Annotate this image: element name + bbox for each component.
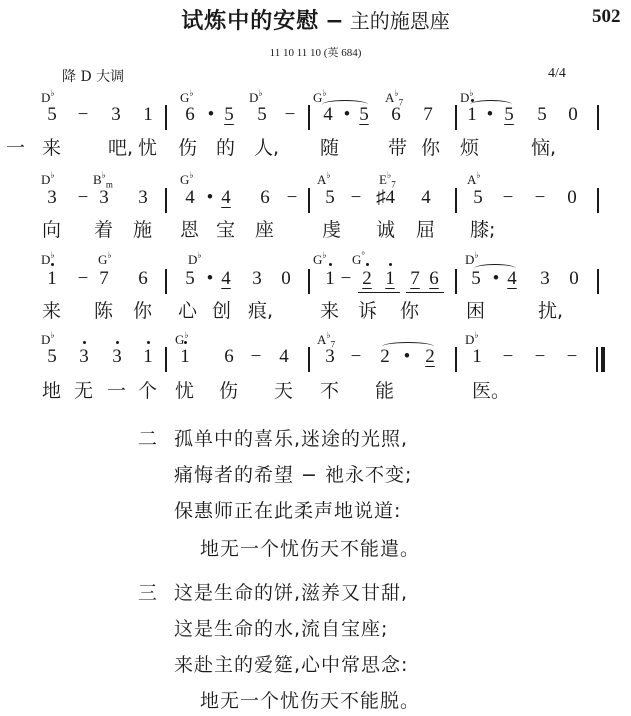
note: 1 bbox=[140, 346, 156, 368]
note: − bbox=[500, 187, 516, 209]
lyric-syllable: 施 bbox=[133, 215, 152, 242]
barline bbox=[308, 269, 310, 294]
lyric-syllable: 地 bbox=[42, 376, 61, 403]
barline bbox=[455, 188, 457, 213]
chord-symbol: D♭ bbox=[188, 250, 202, 268]
note: 5 bbox=[182, 268, 198, 290]
note: 6 bbox=[221, 346, 237, 368]
note: • bbox=[202, 268, 218, 290]
note: − bbox=[338, 268, 354, 290]
note: 1 bbox=[469, 346, 485, 368]
verse-number: 三 bbox=[138, 578, 157, 605]
octave-dot bbox=[329, 263, 332, 266]
note: 4 bbox=[218, 187, 234, 209]
lyric-syllable: 着 bbox=[94, 215, 113, 242]
note: 3 bbox=[249, 268, 265, 290]
lyric-syllable: 你 bbox=[400, 296, 419, 323]
note: − bbox=[532, 187, 548, 209]
lyric-syllable: 你 bbox=[133, 296, 152, 323]
octave-dot bbox=[83, 341, 86, 344]
note: 3 bbox=[108, 104, 124, 126]
lyric-syllable: 天 bbox=[274, 376, 293, 403]
note: • bbox=[202, 187, 218, 209]
lyric-syllable: 能 bbox=[375, 376, 394, 403]
barline bbox=[597, 188, 599, 213]
barline bbox=[165, 269, 167, 294]
lyric-syllable: 来 bbox=[42, 296, 61, 323]
lyric-syllable: 吧, bbox=[108, 133, 133, 160]
note: 7 bbox=[420, 104, 436, 126]
lyric-syllable: 个 bbox=[138, 376, 157, 403]
note: 4 bbox=[182, 187, 198, 209]
note: 3 bbox=[76, 346, 92, 368]
barline bbox=[165, 188, 167, 213]
tie-slur bbox=[470, 100, 512, 109]
note: − bbox=[500, 346, 516, 368]
lyric-syllable: 座 bbox=[255, 215, 274, 242]
lyric-syllable: 医。 bbox=[472, 376, 510, 403]
note: 6 bbox=[426, 268, 442, 290]
note: 5 bbox=[254, 104, 270, 126]
note: − bbox=[348, 187, 364, 209]
key-signature: 降 D 大调 bbox=[62, 66, 124, 86]
note: 3 bbox=[44, 187, 60, 209]
lyric-syllable: 诉 bbox=[358, 296, 377, 323]
title-main: 试炼中的安慰 bbox=[181, 9, 319, 34]
note: 0 bbox=[565, 104, 581, 126]
final-barline-thick bbox=[601, 347, 605, 372]
lyric-syllable: 心 bbox=[178, 296, 197, 323]
note: − bbox=[248, 346, 264, 368]
octave-dot bbox=[366, 263, 369, 266]
barline bbox=[165, 347, 167, 372]
time-signature: 4/4 bbox=[548, 66, 566, 82]
lyric-syllable: 一 bbox=[107, 376, 126, 403]
note: 1 bbox=[140, 104, 156, 126]
lyric-syllable: 忧 bbox=[138, 133, 157, 160]
lyric-syllable: 人, bbox=[254, 133, 279, 160]
note: 3 bbox=[322, 346, 338, 368]
note: − bbox=[348, 346, 364, 368]
verse-line: 来赴主的爱筵,心中常思念: bbox=[174, 650, 408, 677]
tie-slur bbox=[322, 100, 368, 109]
lyric-syllable: 向 bbox=[42, 215, 61, 242]
chord-symbol: G♭ bbox=[98, 250, 112, 268]
verse-line: 地无一个忧伤天不能脱。 bbox=[200, 686, 420, 713]
verse-line: 保惠师正在此柔声地说道: bbox=[174, 496, 401, 523]
note: 6 bbox=[182, 104, 198, 126]
barline bbox=[455, 269, 457, 294]
chord-symbol: G♭ bbox=[313, 250, 327, 268]
note: 1 bbox=[44, 268, 60, 290]
note: 5 bbox=[534, 104, 550, 126]
barline bbox=[308, 105, 310, 130]
lyric-syllable: 随 bbox=[320, 133, 339, 160]
chord-symbol: A♭ bbox=[467, 170, 481, 188]
lyric-syllable: 你 bbox=[421, 133, 440, 160]
octave-dot bbox=[147, 341, 150, 344]
lyric-syllable: 陈 bbox=[94, 296, 113, 323]
final-barline-thin bbox=[596, 347, 598, 372]
lyric-syllable: 宝 bbox=[216, 215, 235, 242]
lyric-syllable: 恼, bbox=[531, 133, 556, 160]
note: 6 bbox=[257, 187, 273, 209]
verse-line: 孤单中的喜乐,迷途的光照, bbox=[174, 424, 408, 451]
note: 0 bbox=[566, 268, 582, 290]
note: 4 bbox=[218, 268, 234, 290]
verse-line: 痛悔者的希望 − 祂永不变; bbox=[174, 460, 412, 487]
note: 5 bbox=[470, 187, 486, 209]
lyric-syllable: 创 bbox=[212, 296, 231, 323]
note: 1 bbox=[177, 346, 193, 368]
verse-line: 这是生命的水,流自宝座; bbox=[174, 614, 388, 641]
note: 7 bbox=[407, 268, 423, 290]
lyric-syllable: 扰, bbox=[538, 296, 563, 323]
chord-symbol: D♭ bbox=[41, 170, 55, 188]
octave-dot bbox=[116, 341, 119, 344]
note: 6 bbox=[388, 104, 404, 126]
lyric-syllable: 困 bbox=[466, 296, 485, 323]
note: − bbox=[564, 346, 580, 368]
lyric-syllable: 不 bbox=[320, 376, 339, 403]
lyric-syllable: 带 bbox=[388, 133, 407, 160]
lyric-syllable: 虔 bbox=[322, 215, 341, 242]
octave-dot bbox=[51, 263, 54, 266]
note: − bbox=[284, 187, 300, 209]
note: 4 bbox=[276, 346, 292, 368]
note: 0 bbox=[278, 268, 294, 290]
note: − bbox=[75, 187, 91, 209]
title-separator: − bbox=[325, 8, 343, 34]
note: 3 bbox=[96, 187, 112, 209]
note: 6 bbox=[135, 268, 151, 290]
octave-dot bbox=[389, 263, 392, 266]
lyric-syllable: 膝; bbox=[470, 215, 495, 242]
hymn-number: 502 bbox=[592, 6, 621, 28]
tie-slur bbox=[382, 342, 434, 351]
lyric-syllable: 诚 bbox=[376, 215, 395, 242]
note: 3 bbox=[109, 346, 125, 368]
beam-underline bbox=[358, 292, 400, 293]
lyric-syllable: 伤 bbox=[178, 133, 197, 160]
note: 3 bbox=[537, 268, 553, 290]
lyric-syllable: 忧 bbox=[175, 376, 194, 403]
barline bbox=[455, 105, 457, 130]
lyric-syllable: 来 bbox=[42, 133, 61, 160]
note: 4 bbox=[418, 187, 434, 209]
barline bbox=[165, 105, 167, 130]
chord-symbol: G° bbox=[352, 250, 365, 268]
verse-line: 这是生命的饼,滋养又甘甜, bbox=[174, 578, 408, 605]
note: 2 bbox=[359, 268, 375, 290]
barline bbox=[455, 347, 457, 372]
lyric-syllable: 无 bbox=[74, 376, 93, 403]
title-sub: 主的施恩座 bbox=[350, 9, 450, 33]
verse-line: 地无一个忧伤天不能遣。 bbox=[200, 534, 420, 561]
chord-symbol: G♭ bbox=[180, 170, 194, 188]
note: 5 bbox=[44, 104, 60, 126]
beam-underline bbox=[406, 292, 444, 293]
note: − bbox=[282, 104, 298, 126]
lyric-syllable: 痕, bbox=[248, 296, 273, 323]
note: • bbox=[203, 104, 219, 126]
lyric-syllable: 烦 bbox=[460, 133, 479, 160]
tie-slur bbox=[474, 264, 516, 273]
lyric-syllable: 来 bbox=[320, 296, 339, 323]
note: 7 bbox=[96, 268, 112, 290]
barline bbox=[308, 188, 310, 213]
barline bbox=[597, 269, 599, 294]
note: 5 bbox=[221, 104, 237, 126]
meter-label: 11 10 11 10 (英 684) bbox=[0, 44, 631, 60]
note: 1 bbox=[322, 268, 338, 290]
note: 1 bbox=[382, 268, 398, 290]
note: 0 bbox=[564, 187, 580, 209]
lyric-syllable: 的 bbox=[216, 133, 235, 160]
note: 3 bbox=[135, 187, 151, 209]
barline bbox=[597, 105, 599, 130]
lyric-syllable: 屈 bbox=[416, 215, 435, 242]
note: − bbox=[532, 346, 548, 368]
note: 5 bbox=[322, 187, 338, 209]
note: − bbox=[75, 104, 91, 126]
lyric-syllable: 恩 bbox=[180, 215, 199, 242]
lyric-syllable: 一 bbox=[6, 133, 25, 160]
lyric-syllable: 伤 bbox=[219, 376, 238, 403]
barline bbox=[308, 347, 310, 372]
octave-dot bbox=[184, 341, 187, 344]
note: − bbox=[75, 268, 91, 290]
note: ♯4 bbox=[376, 187, 392, 209]
chord-symbol: A♭ bbox=[317, 170, 331, 188]
hymn-title: 试炼中的安慰−主的施恩座 bbox=[0, 4, 631, 35]
verse-number: 二 bbox=[138, 424, 157, 451]
note: 5 bbox=[44, 346, 60, 368]
